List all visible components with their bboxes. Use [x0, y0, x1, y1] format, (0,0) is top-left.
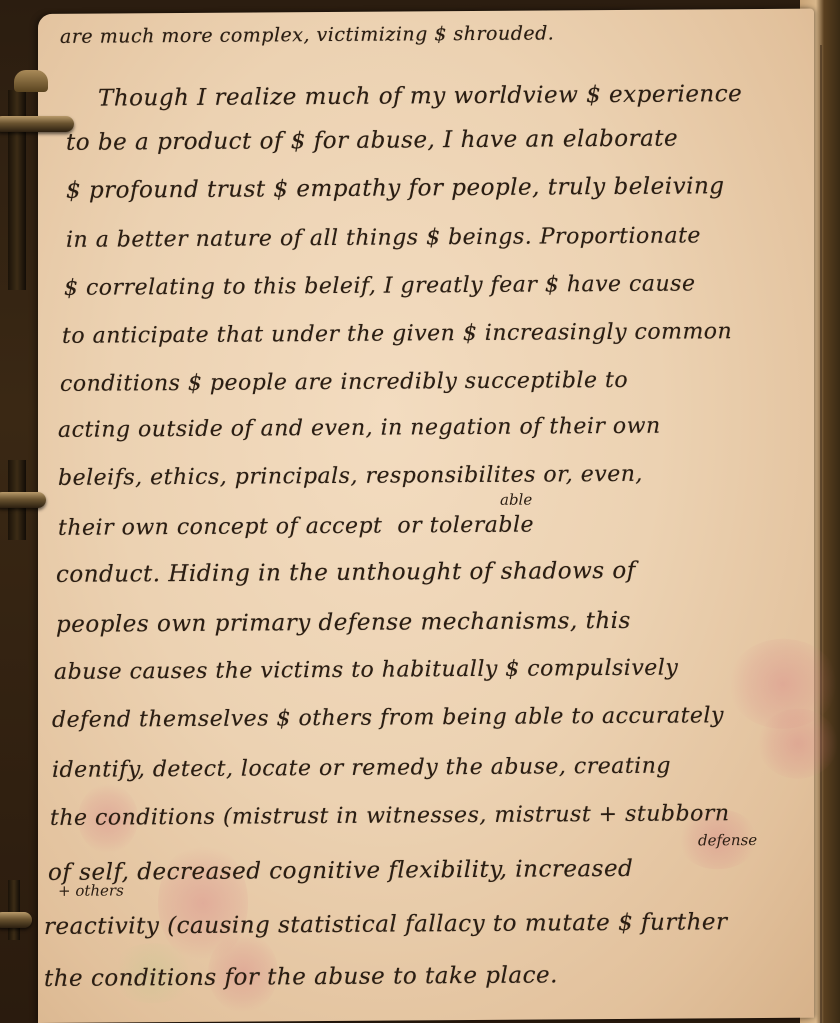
notebook-page: are much more complex, victimizing $ shr… — [38, 9, 814, 1023]
text-line-content: are much more complex, victimizing $ shr… — [60, 22, 554, 47]
insertion-able: able — [500, 491, 532, 509]
text-line-11: their own concept of accept or tolerable — [58, 513, 534, 541]
back-page-fold — [820, 45, 822, 1023]
text-line-5: in a better nature of all things $ being… — [66, 223, 701, 252]
binder-ring-post — [8, 880, 20, 940]
text-line-3: to be a product of $ for abuse, I have a… — [66, 126, 678, 156]
binder-ring-bottom — [0, 912, 32, 928]
text-line-2: Though I realize much of my worldview $ … — [98, 81, 742, 111]
text-line-12: conduct. Hiding in the unthought of shad… — [56, 558, 636, 588]
text-line-8: conditions $ people are incredibly succe… — [60, 368, 628, 397]
text-line-17: the conditions (mistrust in witnesses, m… — [50, 801, 730, 831]
binder-ring-middle — [0, 492, 46, 508]
binder-ring-top — [0, 116, 74, 132]
text-line-19: reactivity (causing statistical fallacy … — [44, 909, 728, 940]
text-line-content: their own concept of accept — [58, 514, 382, 541]
text-line-4: $ profound trust $ empathy for people, t… — [66, 173, 725, 204]
handwritten-text: are much more complex, victimizing $ shr… — [38, 9, 814, 1023]
text-line-7: to anticipate that under the given $ inc… — [62, 319, 732, 349]
text-line-14: abuse causes the victims to habitually $… — [54, 656, 678, 685]
text-line-15: defend themselves $ others from being ab… — [52, 703, 724, 733]
text-line-20: the conditions for the abuse to take pla… — [44, 962, 558, 992]
text-line-16: identify, detect, locate or remedy the a… — [52, 754, 671, 783]
text-line-10: beleifs, ethics, principals, responsibil… — [58, 462, 643, 491]
text-line-9: acting outside of and even, in negation … — [58, 414, 661, 443]
text-line-tail: or tolerable — [397, 513, 534, 539]
binder-ring-cap — [14, 70, 48, 92]
text-line-6: $ correlating to this beleif, I greatly … — [64, 271, 695, 300]
insertion-others: + others — [58, 881, 124, 899]
photo-scene: are much more complex, victimizing $ shr… — [0, 0, 840, 1023]
text-line-18: of self, decreased cognitive flexibility… — [48, 856, 633, 886]
insertion-defense: defense — [698, 831, 757, 849]
text-line-1: are much more complex, victimizing $ shr… — [60, 22, 554, 47]
text-line-13: peoples own primary defense mechanisms, … — [56, 608, 631, 638]
